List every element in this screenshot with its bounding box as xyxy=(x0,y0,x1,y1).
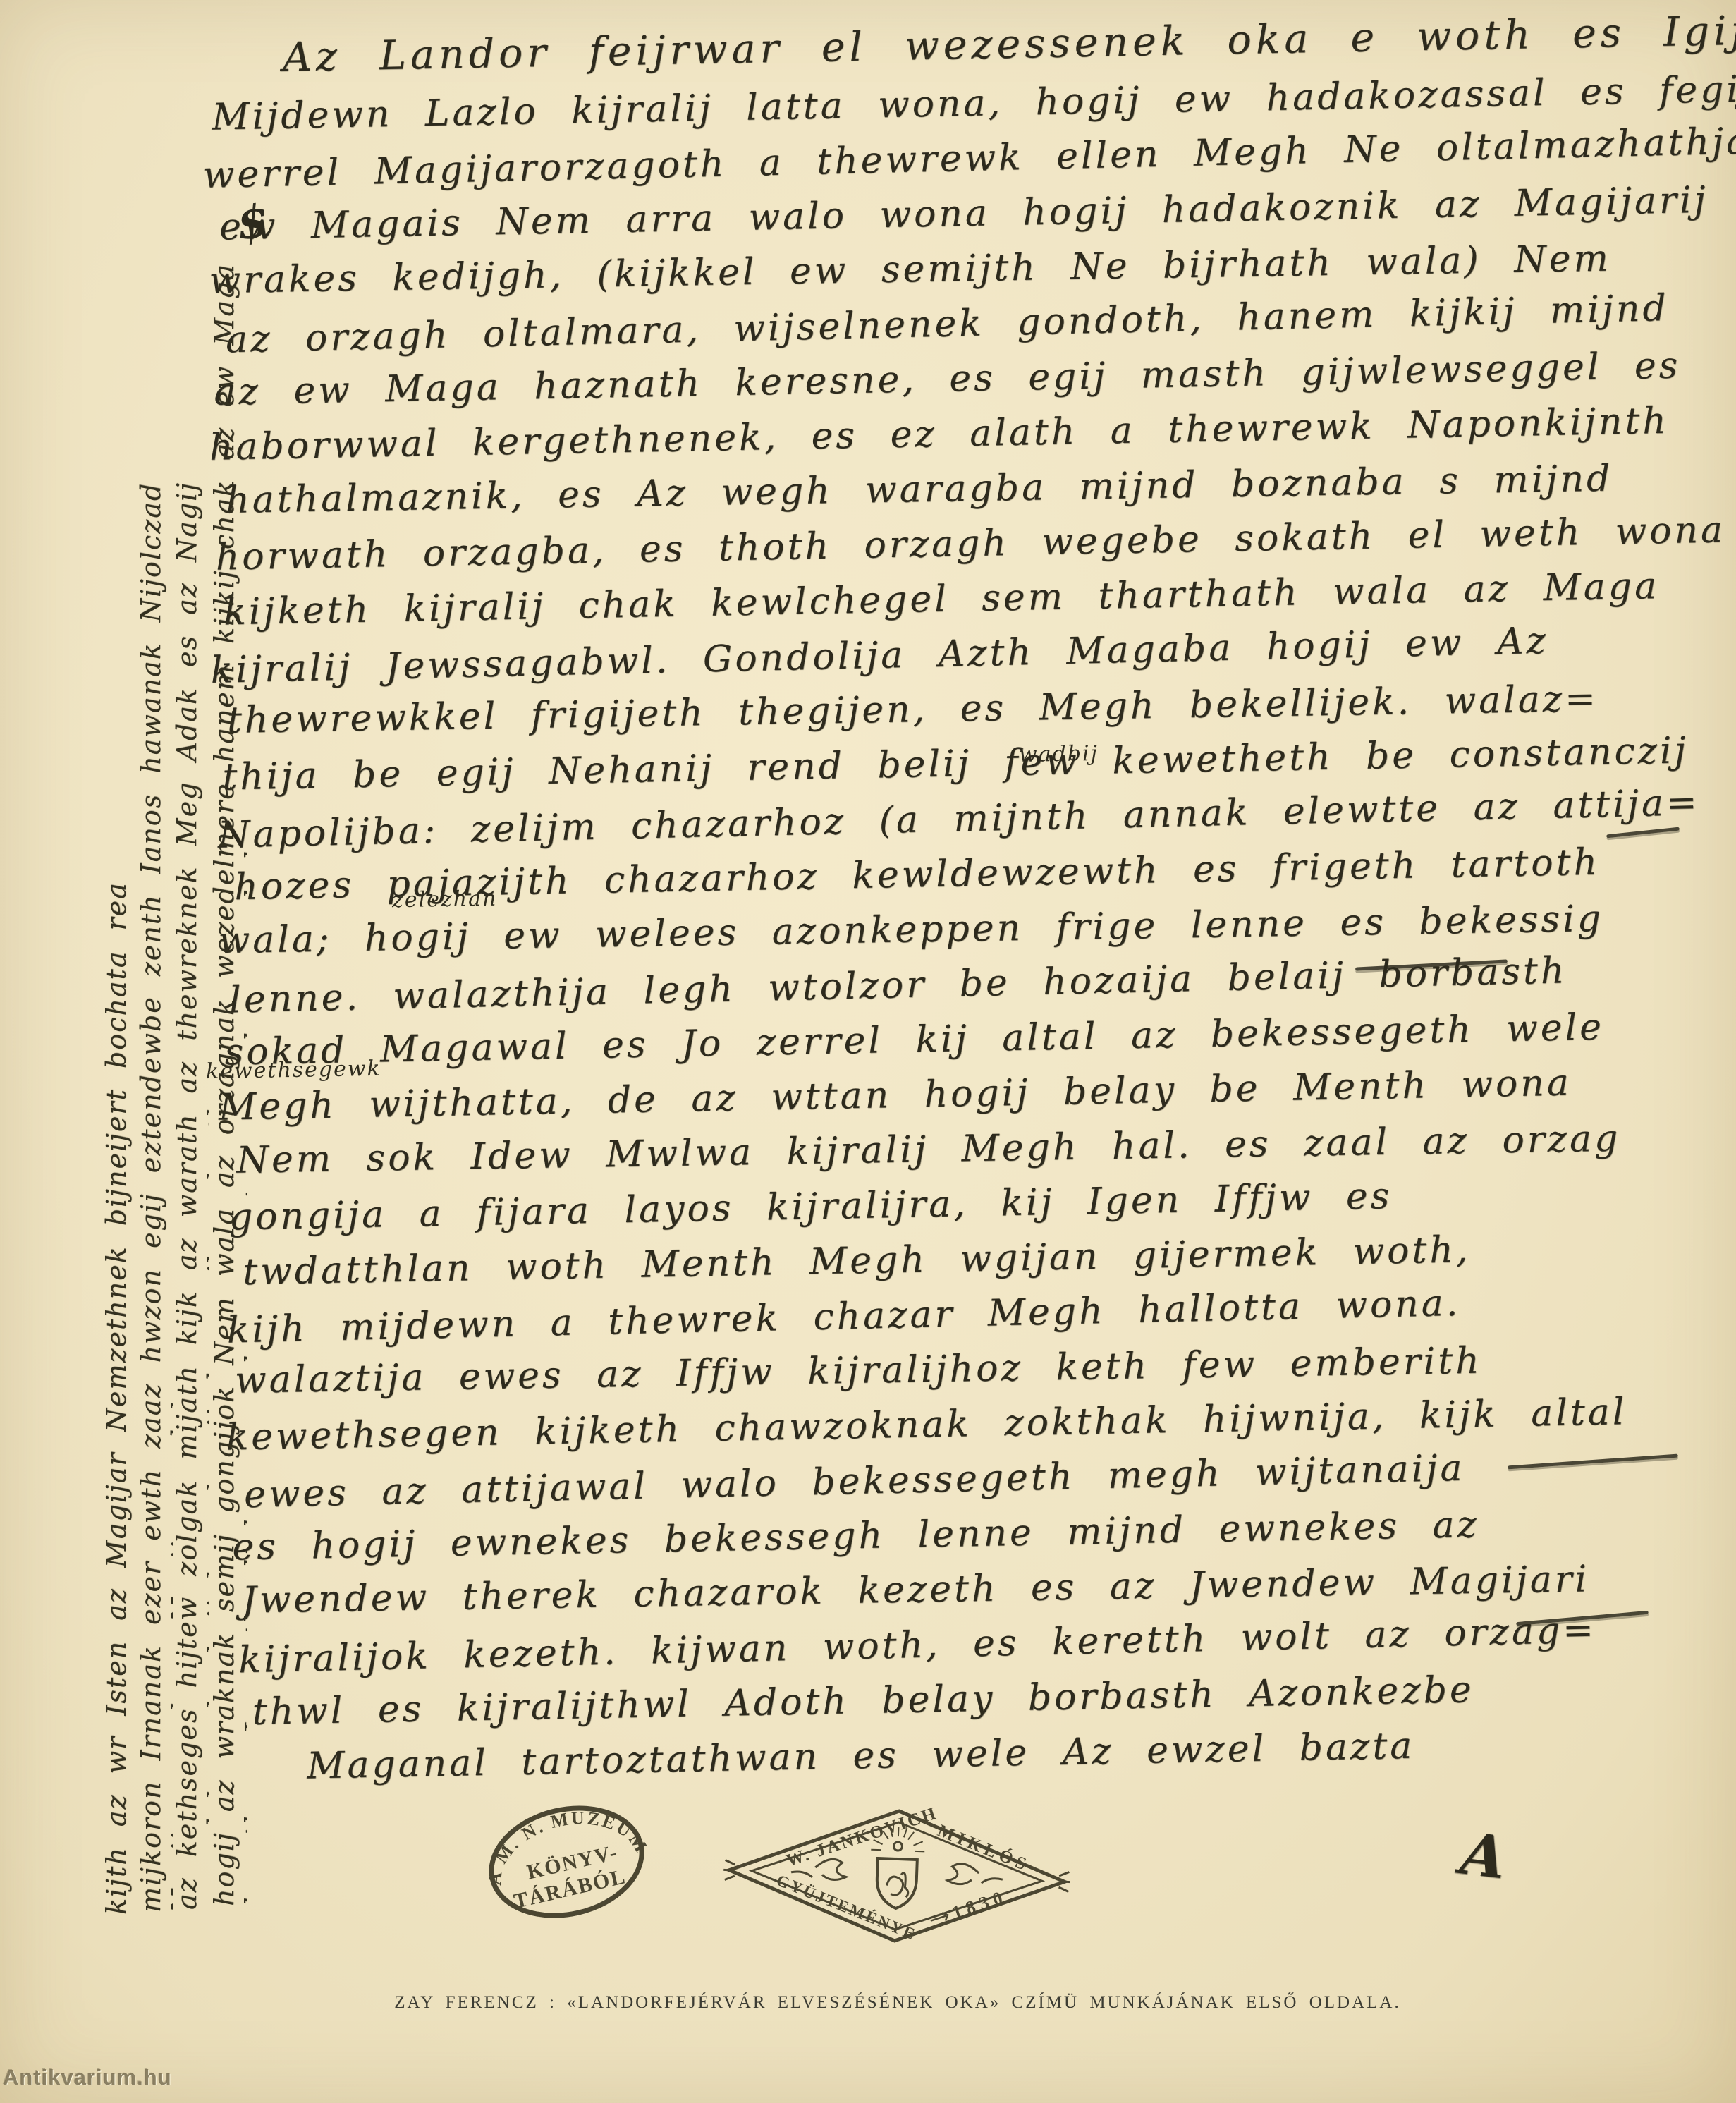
manuscript-lines: Mijdewn Lazlo kijralij latta wona, hogij… xyxy=(199,63,1718,1795)
interlinear-note: kewethsegewk xyxy=(206,1056,381,1084)
shield-icon xyxy=(876,1858,917,1909)
margin-annotation-line: az kethseges hijtew zolgak mijath kijk a… xyxy=(171,303,209,1910)
museum-oval-stamp: A M. N. MUZEUM KÖNYV- TÁRÁBÓL xyxy=(472,1786,662,1942)
interlinear-note: wadbij xyxy=(1019,741,1099,767)
watermark: Antikvarium.hu xyxy=(3,2065,172,2090)
margin-pen-mark: $ xyxy=(234,195,271,250)
diamond-text-top-right: MIKLÓS xyxy=(935,1821,1033,1876)
oval-stamp-arc-text: A M. N. MUZEUM xyxy=(472,1791,654,1892)
diamond-text-bottom-right: 1830 xyxy=(950,1886,1010,1922)
lion-figure xyxy=(886,1872,909,1898)
margin-annotation-line: mijkoron Irnanak ezer ewth zaaz hwzon eg… xyxy=(135,465,173,1913)
margin-annotation-line: kijth az wr Isten az Magijar Nemzethnek … xyxy=(101,638,139,1915)
caption: ZAY FERENCZ : «LANDORFEJÉRVÁR ELVESZÉSÉN… xyxy=(394,1993,1400,2013)
interlinear-note: zelezhan xyxy=(392,886,498,913)
jankovich-diamond-stamp: W. JANKOVICH MIKLÓS GYÜJTEMÉNYE 1830 xyxy=(721,1796,1073,1955)
manuscript-page: Az Landor feijrwar el wezessenek oka e w… xyxy=(0,0,1736,2103)
margin-annotation-line: hogij az wraknak semij gongijok Nem wala… xyxy=(209,152,247,1906)
right-flourish xyxy=(948,1863,1003,1886)
signature-letter-a: A xyxy=(1457,1819,1510,1892)
sunburst-icon xyxy=(893,1842,902,1851)
